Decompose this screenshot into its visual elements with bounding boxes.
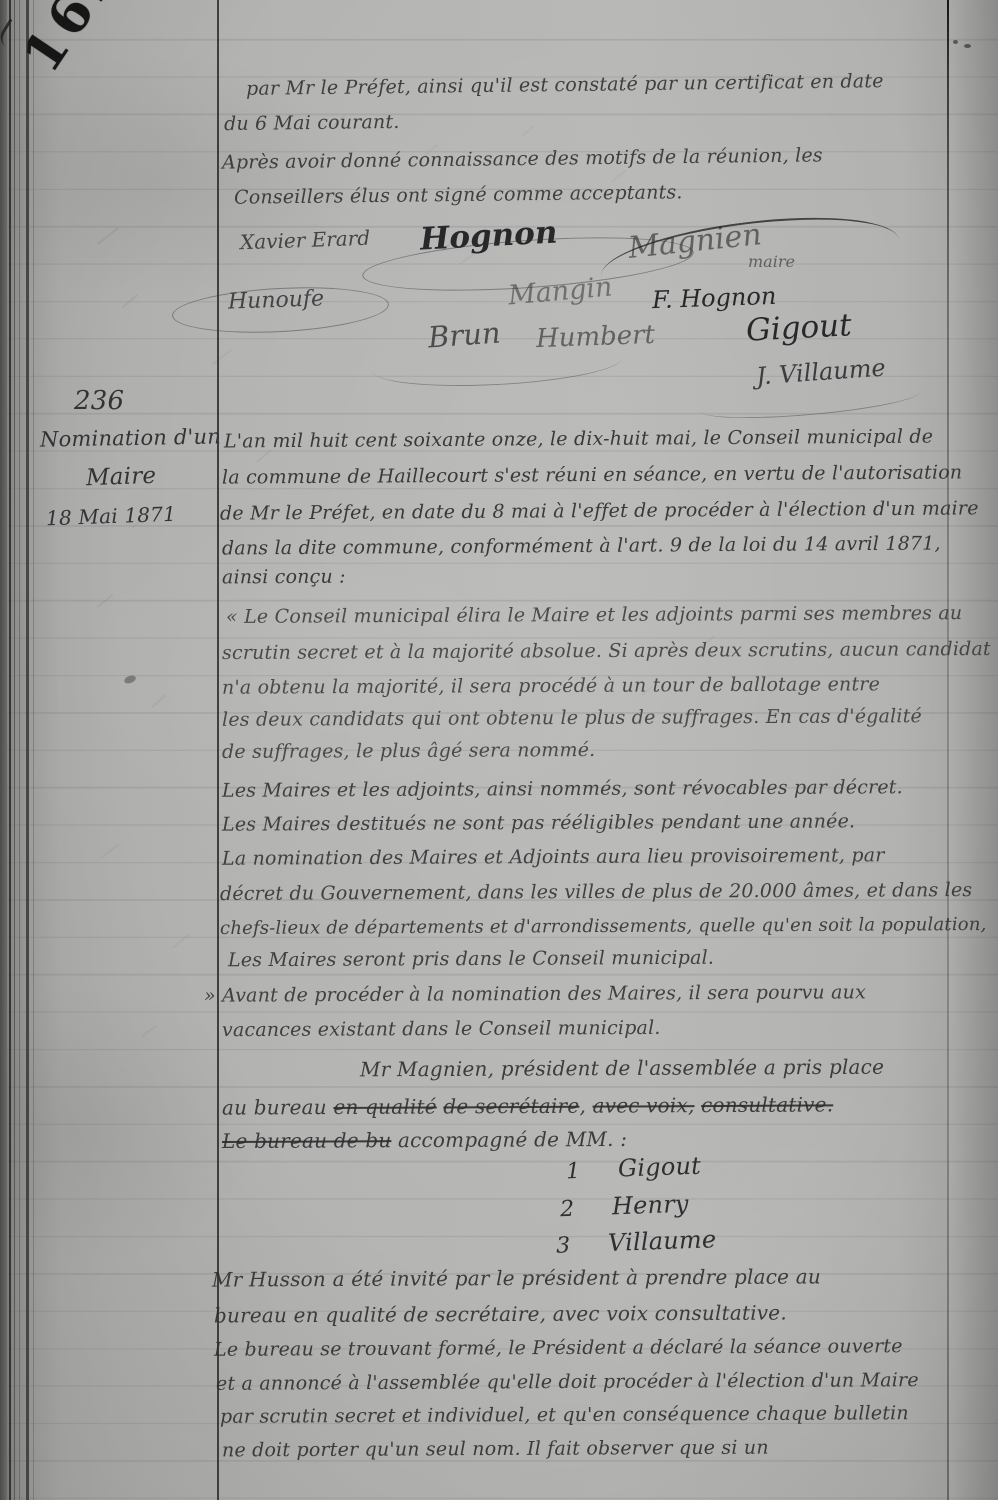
signature: Hognon (419, 214, 558, 257)
binding-edge (0, 0, 7, 1500)
bleed-mark (97, 594, 114, 608)
bleed-mark (141, 1025, 157, 1037)
signature: J. Villaume (755, 354, 886, 391)
signature: Mangin (507, 272, 614, 312)
handwritten-line: par Mr le Préfet, ainsi qu'il est consta… (246, 70, 884, 100)
struck-text: consultative. (701, 1092, 833, 1117)
handwritten-line: La nomination des Maires et Adjoints aur… (222, 844, 885, 869)
handwritten-line: Mr Husson a été invité par le président … (212, 1264, 821, 1291)
signature-title: maire (748, 252, 795, 271)
candidate-name: Villaume (608, 1225, 717, 1257)
list-number: 3 (556, 1232, 609, 1259)
handwritten-line: vacances existant dans le Conseil munici… (222, 1017, 661, 1041)
handwritten-line: scrutin secret et à la majorité absolue.… (222, 638, 991, 664)
signature: Hunoufe (228, 286, 325, 314)
handwritten-line: « Le Conseil municipal élira le Maire et… (226, 602, 962, 628)
handwritten-line: Le bureau de bu accompagné de MM. : (222, 1127, 627, 1153)
page-right-edge (949, 0, 998, 1500)
binding-line (26, 0, 29, 1500)
list-item: 3Villaume (556, 1225, 717, 1259)
handwritten-line: de suffrages, le plus âgé sera nommé. (222, 739, 596, 763)
list-item: 2Henry (560, 1190, 690, 1222)
margin-title: Maire (86, 463, 157, 491)
binding-line (9, 0, 11, 1500)
handwritten-line: ne doit porter qu'un seul nom. Il fait o… (222, 1437, 769, 1462)
handwritten-line: au bureau en qualité de secrétaire, avec… (222, 1092, 833, 1119)
candidate-name: Gigout (618, 1152, 702, 1183)
handwritten-line: Le bureau se trouvant formé, le Présiden… (214, 1335, 903, 1361)
handwritten-line: ainsi conçu : (222, 566, 346, 589)
handwritten-line: Après avoir donné connaissance des motif… (222, 144, 823, 173)
handwritten-line: la commune de Haillecourt s'est réuni en… (222, 461, 962, 488)
text-segment: accompagné de MM. : (398, 1127, 627, 1152)
bleed-mark (152, 694, 167, 708)
bleed-mark (172, 933, 190, 949)
signature: Xavier Erard (240, 226, 371, 255)
bleed-mark (611, 169, 626, 182)
bleed-mark (212, 349, 232, 365)
bleed-mark (97, 227, 119, 245)
handwritten-line: n'a obtenu la majorité, il sera procédé … (222, 673, 880, 698)
struck-text: Le bureau de bu (222, 1128, 392, 1153)
handwritten-line: Les Maires et les adjoints, ainsi nommés… (222, 776, 903, 802)
signature: Magnien (627, 217, 764, 266)
binding-line (14, 0, 15, 1500)
handwritten-line: dans la dite commune, conformément à l'a… (222, 532, 941, 559)
candidate-name: Henry (612, 1190, 690, 1221)
handwritten-line: Les Maires seront pris dans le Conseil m… (228, 947, 714, 972)
binding-line (33, 0, 34, 1500)
list-number: 1 (566, 1158, 619, 1185)
register-page-scan: 162 par Mr le Préfet, ainsi qu'il est co… (0, 0, 998, 1500)
bleed-mark (122, 294, 139, 308)
handwritten-line: Conseillers élus ont signé comme accepta… (234, 181, 683, 208)
signature: Brun (427, 316, 502, 355)
text-segment: , (579, 1094, 586, 1118)
handwritten-line: et a annoncé à l'assemblée qu'elle doit … (216, 1369, 919, 1395)
ink-blot (123, 674, 137, 685)
list-number: 2 (560, 1195, 613, 1222)
list-item: 1Gigout (566, 1152, 702, 1185)
fold-line (947, 0, 949, 1500)
handwritten-line: Mr Magnien, président de l'assemblée a p… (360, 1055, 884, 1082)
margin-date: 18 Mai 1871 (46, 502, 177, 531)
text-segment: au bureau (222, 1095, 327, 1120)
handwritten-line: décret du Gouvernement, dans les villes … (220, 879, 972, 905)
signature: Humbert (536, 320, 656, 354)
handwritten-line: par scrutin secret et individuel, et qu'… (220, 1402, 909, 1428)
handwritten-line: de Mr le Préfet, en date du 8 mai à l'ef… (220, 497, 979, 524)
handwritten-line: bureau en qualité de secrétaire, avec vo… (214, 1301, 787, 1328)
handwritten-line: Les Maires destitués ne sont pas rééligi… (222, 810, 855, 835)
struck-text: de secrétaire (443, 1094, 579, 1119)
bleed-mark (521, 125, 535, 136)
signature: Gigout (745, 307, 852, 348)
struck-text: avec voix, (592, 1093, 694, 1118)
entry-number: 236 (74, 386, 124, 416)
binding-line (19, 0, 20, 1500)
margin-title: Nomination d'un (40, 424, 221, 451)
bleed-mark (102, 844, 119, 858)
signature: F. Hognon (652, 282, 777, 314)
handwritten-line: chefs-lieux de départements et d'arrondi… (220, 914, 987, 939)
page-number-stamp: 162 (11, 0, 134, 83)
handwritten-line: du 6 Mai courant. (224, 111, 400, 135)
handwritten-line: les deux candidats qui ont obtenu le plu… (222, 705, 922, 731)
struck-text: en qualité (333, 1094, 436, 1119)
handwritten-line: L'an mil huit cent soixante onze, le dix… (224, 426, 933, 453)
handwritten-line: » Avant de procéder à la nomination des … (204, 981, 866, 1006)
